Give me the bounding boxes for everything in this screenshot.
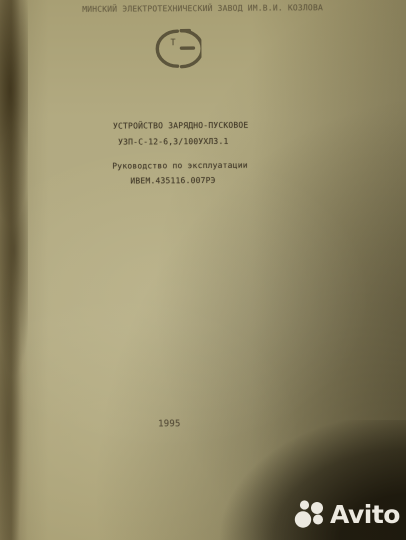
- document-photo: МИНСКИЙ ЭЛЕКТРОТЕХНИЧЕСКИЙ ЗАВОД ИМ.В.И.…: [0, 0, 406, 540]
- manual-type: Руководство по эксплуатации: [112, 161, 248, 171]
- year-label: 1995: [158, 420, 181, 429]
- avito-watermark: Avito: [294, 498, 400, 531]
- document-code: ИВЕМ.435116.007РЭ: [130, 176, 215, 186]
- stamp-center-glyph: т: [169, 34, 176, 48]
- device-title: УСТРОЙСТВО ЗАРЯДНО-ПУСКОВОЕ: [113, 121, 249, 131]
- factory-name: МИНСКИЙ ЭЛЕКТРОТЕХНИЧЕСКИЙ ЗАВОД ИМ.В.И.…: [82, 3, 323, 14]
- avito-logo-icon: [294, 498, 327, 531]
- factory-stamp-icon: т: [147, 26, 201, 72]
- avito-logo-text: Avito: [330, 499, 400, 531]
- device-model: УЗП-С-12-6,3/100УХЛ3.1: [118, 137, 228, 147]
